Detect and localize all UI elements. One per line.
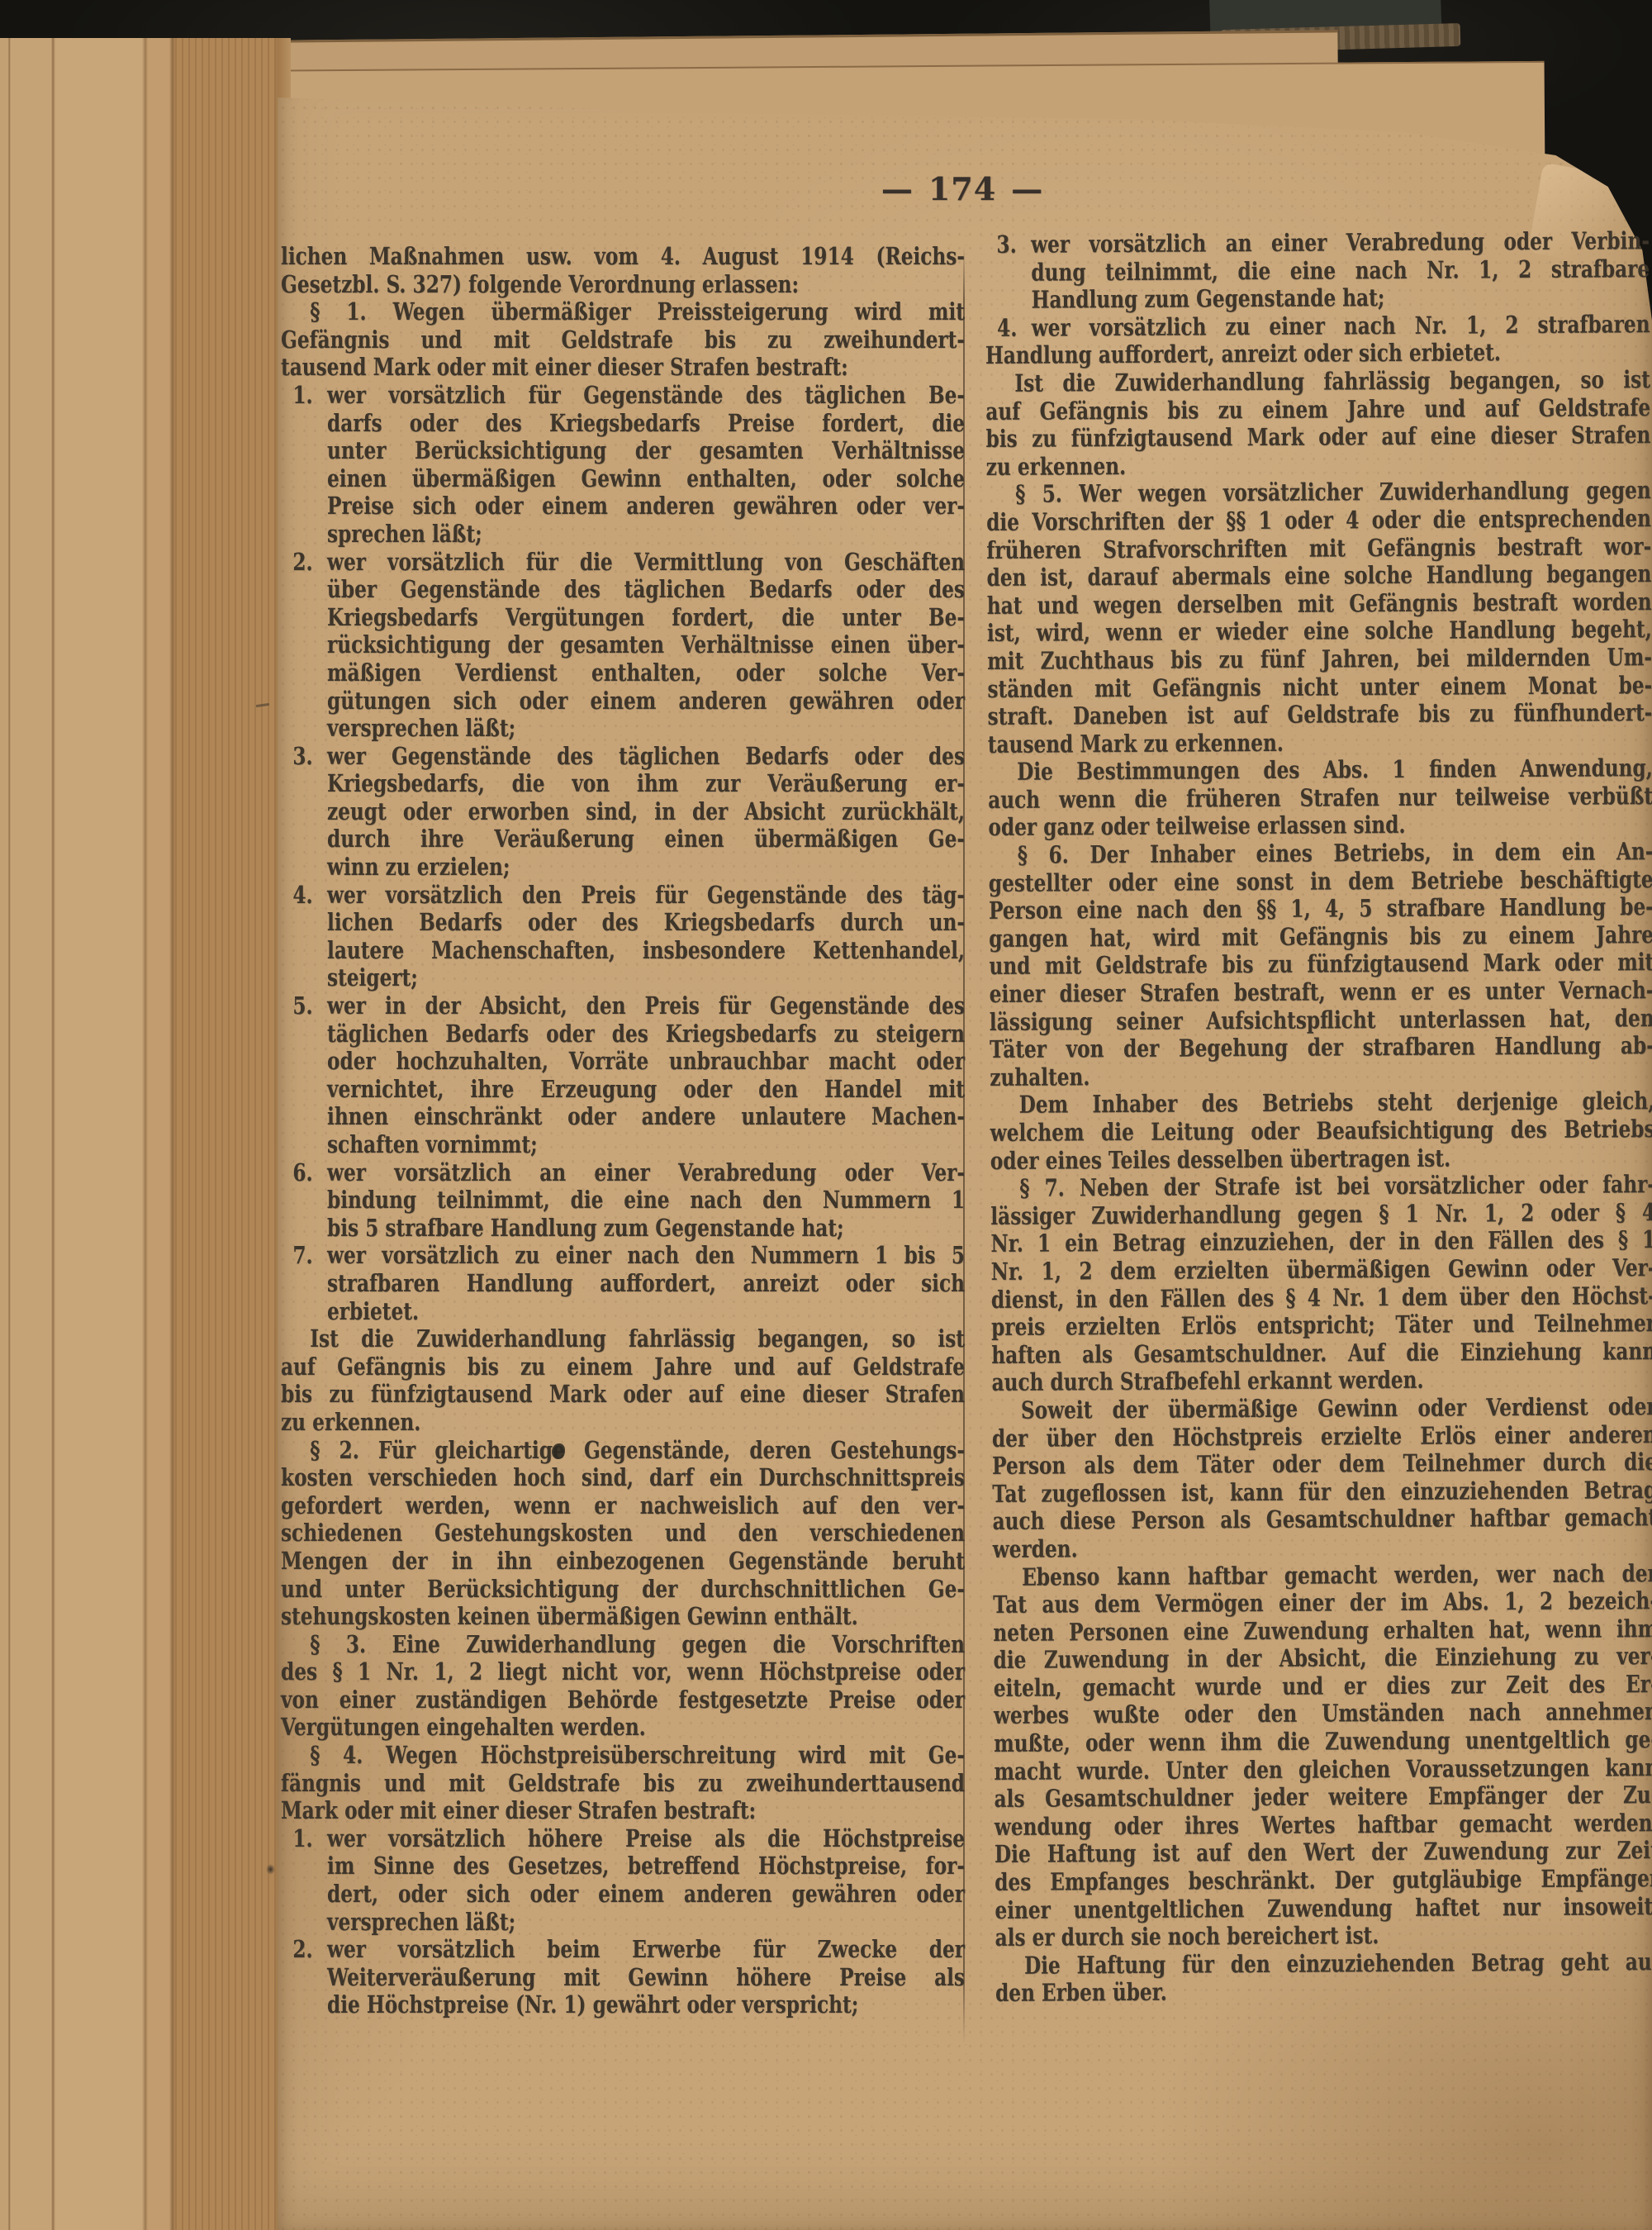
text-line: straft. Daneben ist auf Geldstrafe bis z… (987, 699, 1652, 731)
text-line: Ist die Zuwiderhandlung fahrlässig began… (985, 366, 1650, 398)
item-number: 5. (292, 992, 312, 1020)
text-line: erbietet. (281, 1298, 965, 1326)
text-line: versprechen läßt; (281, 1909, 965, 1937)
ink-smudge (266, 1864, 275, 1875)
text-line: zu erkennen. (281, 1409, 965, 1437)
text-line: 5.wer in der Absicht, den Preis für Gege… (281, 992, 965, 1020)
text-line: Weiterveräußerung mit Gewinn höhere Prei… (281, 1964, 965, 1992)
text-line: kosten verschieden hoch sind, darf ein D… (281, 1464, 965, 1492)
item-number: 7. (292, 1242, 312, 1270)
text-line: oder hochzuhalten, Vorräte unbrauchbar m… (281, 1048, 965, 1076)
text-line: Vergütungen eingehalten werden. (281, 1714, 965, 1742)
text-line: auch diese Person als Gesamtschuldner ha… (992, 1504, 1652, 1536)
item-number: 1. (292, 1825, 312, 1853)
text-line: des § 1 Nr. 1, 2 liegt nicht vor, wenn H… (281, 1658, 965, 1686)
text-line: werden. (993, 1532, 1652, 1564)
text-line: 1.wer vorsätzlich für Gegenstände des tä… (281, 382, 965, 410)
ink-blot (552, 1443, 565, 1459)
header-dash-right: — (1011, 170, 1043, 207)
text-line: strafbaren Handlung auffordert, anreizt … (281, 1270, 965, 1298)
text-line: bis zu fünfzigtausend Mark oder auf eine… (985, 421, 1650, 454)
text-line: § 4. Wegen Höchstpreisüberschreitung wir… (281, 1742, 965, 1770)
text-line: Gesetzbl. S. 327) folgende Verordnung er… (281, 271, 965, 299)
page-number: 174 (928, 170, 996, 207)
page-stack-fore-edge (0, 38, 291, 2230)
text-line: steigert; (281, 964, 965, 992)
text-line: vernichtet, ihre Erzeugung oder den Hand… (281, 1076, 965, 1104)
text-line: 6.wer vorsätzlich an einer Verabredung o… (281, 1159, 965, 1187)
text-line: 1.wer vorsätzlich höhere Preise als die … (281, 1825, 965, 1853)
text-line: bis 5 strafbare Handlung zum Gegenstande… (281, 1215, 965, 1243)
text-line: Nr. 1, 2 dem erzielten übermäßigen Gewin… (991, 1254, 1652, 1286)
text-line: dung teilnimmt, die eine nach Nr. 1, 2 s… (985, 255, 1650, 288)
text-line: § 1. Wegen übermäßiger Preissteigerung w… (281, 298, 965, 326)
item-number: 3. (996, 231, 1016, 259)
text-line: gütungen sich oder einem anderen gewähre… (281, 687, 965, 716)
text-line: Gefängnis und mit Geldstrafe bis zu zwei… (281, 326, 965, 354)
text-line: Soweit der übermäßige Gewinn oder Verdie… (992, 1393, 1652, 1425)
text-line: haften als Gesamtschuldner. Auf die Einz… (991, 1338, 1652, 1370)
text-line: mäßigen Verdienst enthalten, oder solche… (281, 659, 965, 687)
text-line: ihnen einschränkt oder andere unlautere … (281, 1103, 965, 1131)
text-line: tausend Mark oder mit einer dieser Straf… (281, 354, 965, 382)
item-number: 3. (292, 743, 312, 771)
text-line: lichen Bedarfs oder des Kriegsbedarfs du… (281, 909, 965, 937)
text-column-right: 3.wer vorsätzlich an einer Verabredung o… (985, 227, 1652, 2008)
text-line: einen übermäßigen Gewinn enthalten, oder… (281, 465, 965, 493)
text-line: dert, oder sich oder einem anderen gewäh… (281, 1881, 965, 1909)
text-line: Ist die Zuwiderhandlung fahrlässig began… (281, 1325, 965, 1353)
text-line: winn zu erzielen; (281, 853, 965, 882)
text-line: gefordert werden, wenn er nachweislich a… (281, 1492, 965, 1520)
page-stack-grain (175, 38, 276, 2230)
text-line: 4.wer vorsätzlich zu einer nach Nr. 1, 2… (985, 311, 1650, 343)
text-line: darfs oder des Kriegsbedarfs Preise ford… (281, 410, 965, 438)
text-line: die Höchstpreise (Nr. 1) gewährt oder ve… (281, 1991, 965, 2019)
text-line: fängnis und mit Geldstrafe bis zu zweihu… (281, 1770, 965, 1798)
text-line: 7.wer vorsätzlich zu einer nach den Numm… (281, 1242, 965, 1270)
text-line: Die Haftung für den einzuziehenden Betra… (995, 1948, 1652, 1980)
text-line: 2.wer vorsätzlich für die Vermittlung vo… (281, 549, 965, 577)
text-line: über Gegenstände des täglichen Bedarfs o… (281, 576, 965, 604)
text-line: lautere Machenschaften, insbesondere Ket… (281, 937, 965, 965)
text-line: Täter von der Begehung der strafbaren Ha… (990, 1032, 1652, 1064)
text-line: täglichen Bedarfs oder des Kriegsbedarfs… (281, 1020, 965, 1048)
item-number: 1. (292, 382, 312, 410)
text-line: sprechen läßt; (281, 521, 965, 549)
text-line: auch wenn die früheren Strafen nur teilw… (988, 782, 1652, 815)
text-line: Mengen der in ihn einbezogenen Gegenstän… (281, 1548, 965, 1576)
page-header: —174— (859, 170, 1066, 207)
text-column-left: lichen Maßnahmen usw. vom 4. August 1914… (281, 243, 965, 2019)
item-number: 4. (997, 315, 1017, 343)
text-line: Preise sich oder einem anderen gewähren … (281, 492, 965, 521)
text-line: und unter Berücksichtigung der durchschn… (281, 1576, 965, 1604)
text-line: zeugt oder erworben sind, in der Absicht… (281, 798, 965, 826)
header-dash-left: — (881, 170, 914, 207)
text-line: mit Zuchthaus bis zu fünf Jahren, bei mi… (987, 644, 1652, 676)
text-line: schiedenen Gestehungskosten und den vers… (281, 1519, 965, 1548)
text-line: schaften vornimmt; (281, 1131, 965, 1159)
item-number: 4. (292, 882, 312, 910)
text-line: von einer zuständigen Behörde festgesetz… (281, 1686, 965, 1714)
text-line: bis zu fünfzigtausend Mark oder auf eine… (281, 1381, 965, 1409)
text-line: unter Berücksichtigung der gesamten Verh… (281, 437, 965, 465)
text-line: § 2. Für gleichartige Gegenstände, deren… (281, 1437, 965, 1465)
item-number: 6. (292, 1159, 312, 1187)
text-line: welchem die Leitung oder Beaufsichtigung… (990, 1115, 1652, 1148)
text-line: auf Gefängnis bis zu einem Jahre und auf… (281, 1353, 965, 1381)
text-line: einer unentgeltlichen Zuwendung haftet n… (995, 1893, 1652, 1925)
text-line: Kriegsbedarfs, die von ihm zur Veräußeru… (281, 770, 965, 798)
text-line: die Vorschriften der §§ 1 oder 4 oder di… (986, 505, 1651, 537)
text-line: des Empfanges beschränkt. Der gutgläubig… (995, 1865, 1652, 1897)
ink-dot (1434, 1520, 1440, 1526)
text-line: § 3. Eine Zuwiderhandlung gegen die Vors… (281, 1631, 965, 1659)
text-line: 2.wer vorsätzlich beim Erwerbe für Zweck… (281, 1936, 965, 1964)
text-line: bindung teilnimmt, die eine nach den Num… (281, 1186, 965, 1215)
text-line: versprechen läßt; (281, 715, 965, 743)
item-number: 2. (292, 1936, 312, 1964)
text-line: rücksichtigung der gesamten Verhältnisse… (281, 631, 965, 659)
text-line: im Sinne des Gesetzes, betreffend Höchst… (281, 1852, 965, 1881)
text-line: 3.wer Gegenstände des täglichen Bedarfs … (281, 743, 965, 771)
text-line: 3.wer vorsätzlich an einer Verabredung o… (985, 227, 1650, 259)
text-line: stehungskosten keinen übermäßigen Gewinn… (281, 1603, 965, 1631)
text-line: durch ihre Veräußerung einen übermäßigen… (281, 825, 965, 853)
text-line: lichen Maßnahmen usw. vom 4. August 1914… (281, 243, 965, 271)
text-line: den Erben über. (995, 1976, 1652, 2008)
text-line: 4.wer vorsätzlich den Preis für Gegenstä… (281, 882, 965, 910)
item-number: 2. (292, 549, 312, 577)
text-line: Mark oder mit einer dieser Strafen bestr… (281, 1797, 965, 1825)
text-line: Kriegsbedarfs Vergütungen fordert, die u… (281, 604, 965, 632)
